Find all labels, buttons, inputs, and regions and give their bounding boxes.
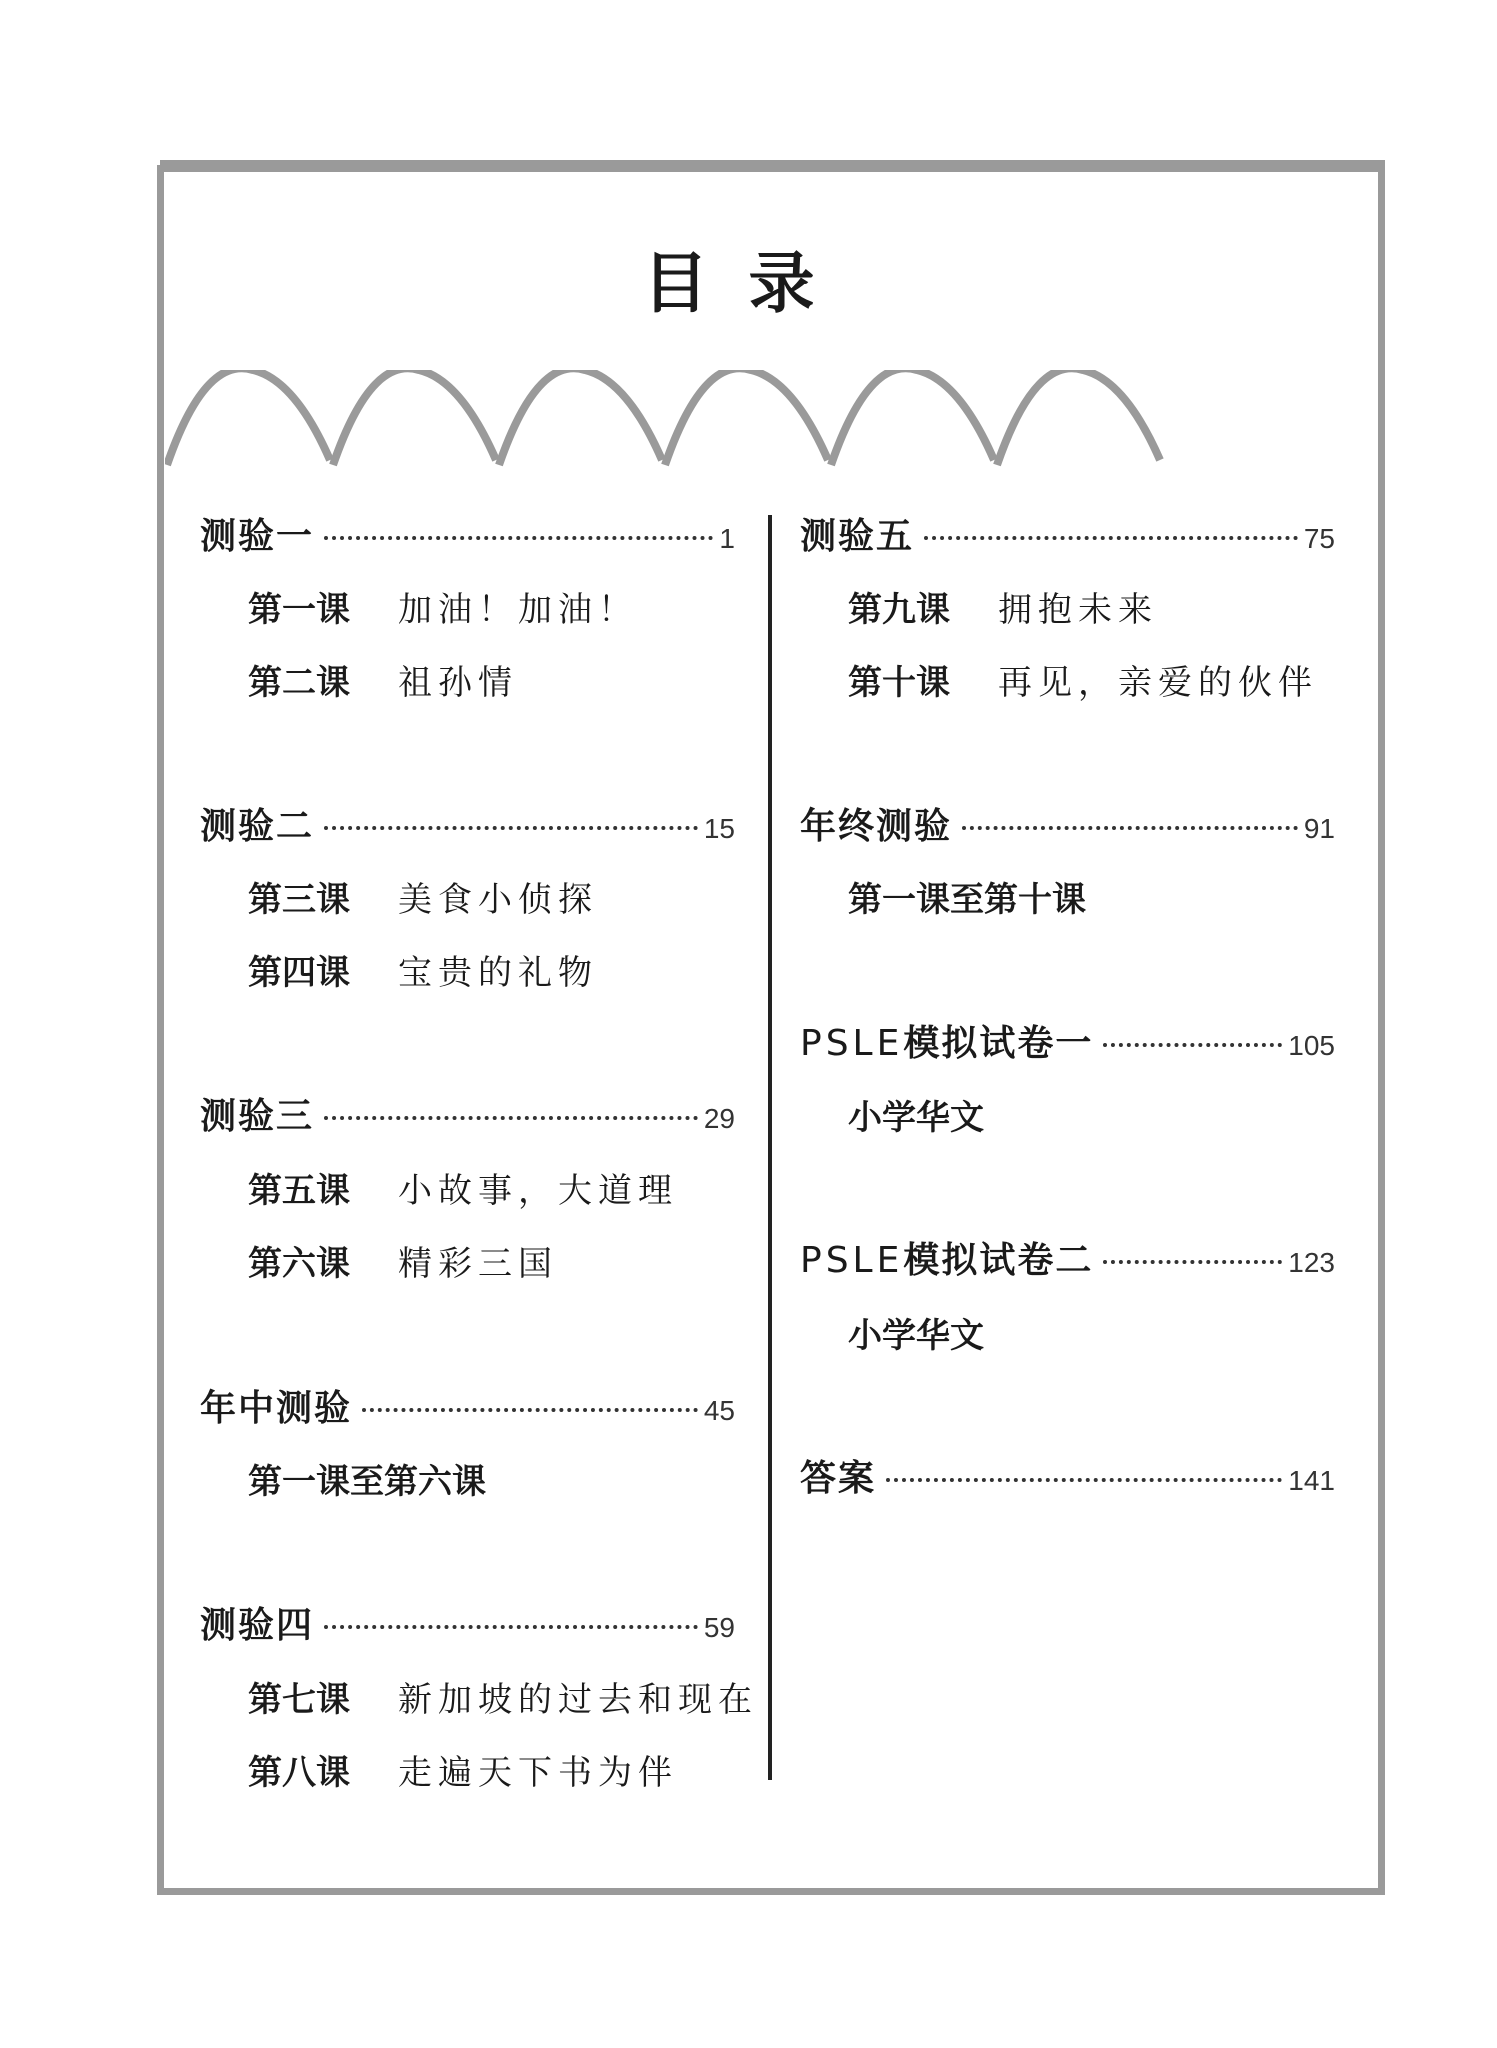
toc-subtitle: 小学华文 (848, 1090, 984, 1139)
heading-label: 测验三 (200, 1088, 314, 1139)
lesson-name: 拥抱未来 (998, 582, 1158, 631)
leader-dots (324, 536, 713, 540)
heading-label: PSLE模拟试卷一 (800, 1015, 1093, 1066)
toc-lesson[interactable]: 第七课 新加坡的过去和现在 (248, 1672, 758, 1721)
toc-heading-year-end-test[interactable]: 年终测验 91 (800, 798, 1335, 848)
page-number: 123 (1288, 1247, 1335, 1279)
page-number: 75 (1304, 523, 1335, 555)
page-number: 1 (719, 523, 735, 555)
heading-label: 测验一 (200, 508, 314, 559)
leader-dots (962, 826, 1298, 830)
leader-dots (324, 826, 698, 830)
leader-dots (924, 536, 1298, 540)
lesson-name: 加油！加油！ (398, 582, 638, 631)
heading-label: 年终测验 (800, 798, 952, 849)
toc-heading-test-1[interactable]: 测验一 1 (200, 508, 735, 558)
toc-heading-midyear-test[interactable]: 年中测验 45 (200, 1380, 735, 1430)
heading-latin: PSLE (800, 1023, 903, 1064)
lesson-name: 小故事，大道理 (398, 1163, 678, 1212)
lesson-number: 第八课 (248, 1745, 398, 1794)
page-number: 15 (704, 813, 735, 845)
leader-dots (1103, 1043, 1282, 1047)
toc-heading-test-5[interactable]: 测验五 75 (800, 508, 1335, 558)
toc-heading-test-2[interactable]: 测验二 15 (200, 798, 735, 848)
lesson-number: 第七课 (248, 1672, 398, 1721)
lesson-name: 宝贵的礼物 (398, 945, 598, 994)
lesson-number: 第六课 (248, 1236, 398, 1285)
lesson-number: 第十课 (848, 655, 998, 704)
toc-lesson[interactable]: 第九课 拥抱未来 (848, 582, 1158, 631)
toc-heading-psle-mock-1[interactable]: PSLE模拟试卷一 105 (800, 1015, 1335, 1065)
toc-heading-test-4[interactable]: 测验四 59 (200, 1597, 735, 1647)
leader-dots (324, 1116, 698, 1120)
leader-dots (362, 1408, 698, 1412)
heading-label: 答案 (800, 1450, 876, 1501)
page-number: 91 (1304, 813, 1335, 845)
toc-heading-psle-mock-2[interactable]: PSLE模拟试卷二 123 (800, 1232, 1335, 1282)
page-number: 105 (1288, 1030, 1335, 1062)
heading-label: 测验五 (800, 508, 914, 559)
lesson-name: 走遍天下书为伴 (398, 1745, 678, 1794)
heading-label: PSLE模拟试卷二 (800, 1232, 1093, 1283)
decorative-arcs (165, 370, 1380, 470)
lesson-name: 新加坡的过去和现在 (398, 1672, 758, 1721)
toc-subtitle: 第一课至第六课 (248, 1454, 486, 1503)
toc-lesson[interactable]: 第四课 宝贵的礼物 (248, 945, 598, 994)
heading-cjk: 模拟试卷二 (903, 1240, 1093, 1281)
lesson-name: 再见，亲爱的伙伴 (998, 655, 1318, 704)
page-number: 29 (704, 1103, 735, 1135)
lesson-number: 第三课 (248, 872, 398, 921)
lesson-name: 精彩三国 (398, 1236, 558, 1285)
lesson-number: 第九课 (848, 582, 998, 631)
heading-cjk: 模拟试卷一 (903, 1023, 1093, 1064)
heading-label: 年中测验 (200, 1380, 352, 1431)
toc-lesson[interactable]: 第五课 小故事，大道理 (248, 1163, 678, 1212)
lesson-name: 祖孙情 (398, 655, 518, 704)
page-number: 141 (1288, 1465, 1335, 1497)
page-title: 目录 (0, 230, 1497, 325)
toc-lesson[interactable]: 第八课 走遍天下书为伴 (248, 1745, 678, 1794)
lesson-number: 第二课 (248, 655, 398, 704)
lesson-number: 第四课 (248, 945, 398, 994)
lesson-number: 第一课 (248, 582, 398, 631)
toc-lesson[interactable]: 第六课 精彩三国 (248, 1236, 558, 1285)
heading-latin: PSLE (800, 1240, 903, 1281)
toc-subtitle: 小学华文 (848, 1308, 984, 1357)
lesson-name: 美食小侦探 (398, 872, 598, 921)
leader-dots (886, 1478, 1282, 1482)
toc-lesson[interactable]: 第一课 加油！加油！ (248, 582, 638, 631)
leader-dots (324, 1625, 698, 1629)
toc-heading-test-3[interactable]: 测验三 29 (200, 1088, 735, 1138)
toc-subtitle: 第一课至第十课 (848, 872, 1086, 921)
toc-lesson[interactable]: 第二课 祖孙情 (248, 655, 518, 704)
column-divider (768, 515, 772, 1780)
toc-lesson[interactable]: 第三课 美食小侦探 (248, 872, 598, 921)
toc-heading-answers[interactable]: 答案 141 (800, 1450, 1335, 1500)
toc-lesson[interactable]: 第十课 再见，亲爱的伙伴 (848, 655, 1318, 704)
lesson-number: 第五课 (248, 1163, 398, 1212)
heading-label: 测验二 (200, 798, 314, 849)
leader-dots (1103, 1260, 1282, 1264)
page-number: 45 (704, 1395, 735, 1427)
page-number: 59 (704, 1612, 735, 1644)
heading-label: 测验四 (200, 1597, 314, 1648)
